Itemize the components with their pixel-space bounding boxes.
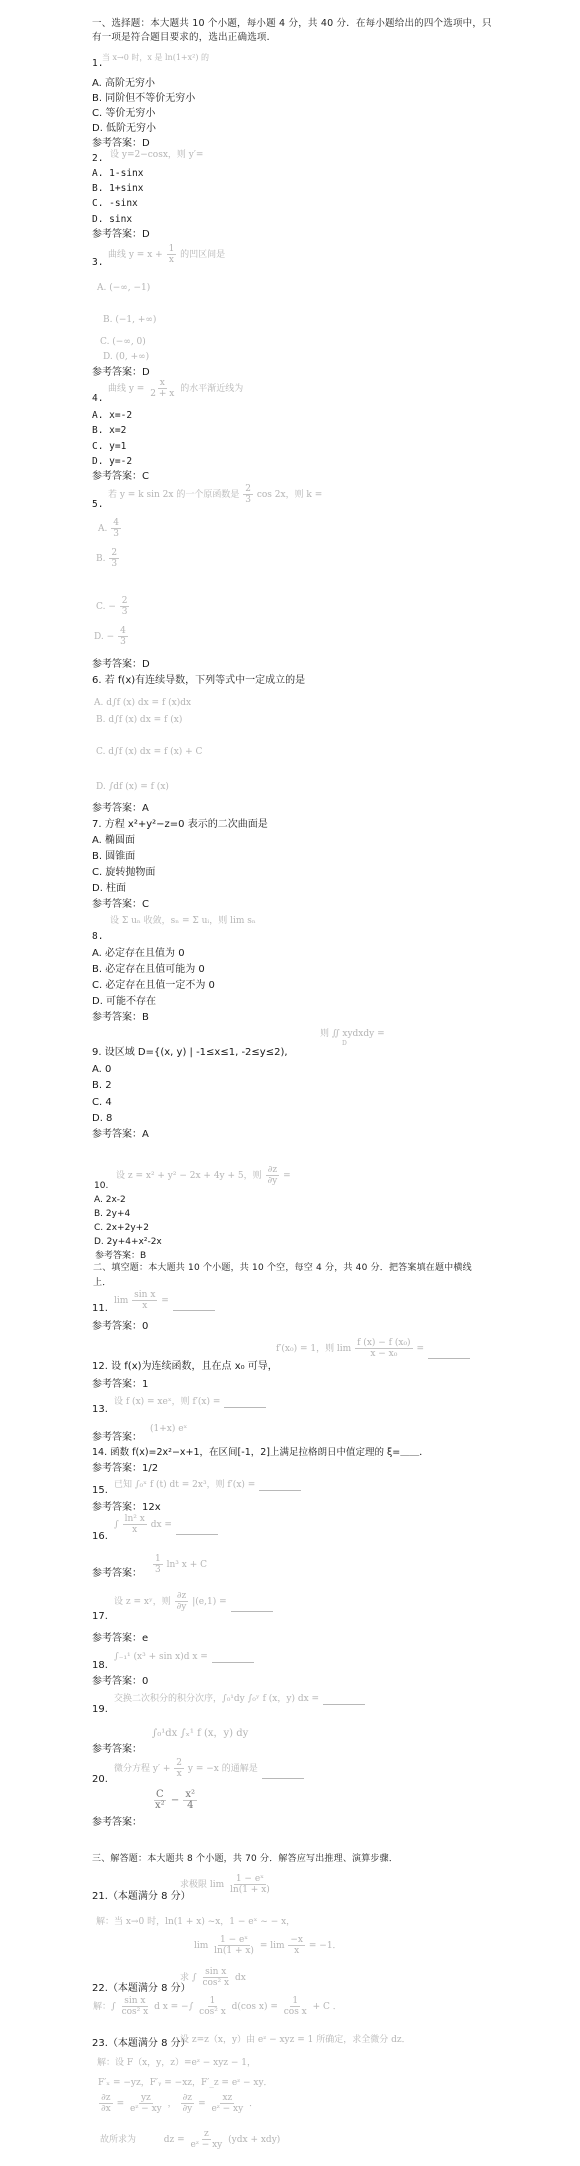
q4-stem-image: 曲线 y = x2 + x 的水平渐近线为 — [108, 378, 243, 399]
q4-option-d: D. y=-2 — [92, 455, 132, 468]
q3-fraction: 1x — [167, 244, 177, 265]
q7-option-c: C. 旋转抛物面 — [92, 866, 155, 879]
q12-answer: 参考答案：1 — [92, 1378, 148, 1391]
q9-stem: 9. 设区域 D={(x, y) | -1≤x≤1, -2≤y≤2), — [92, 1046, 288, 1059]
q1-option-b: B. 同阶但不等价无穷小 — [92, 92, 195, 105]
q5-option-b: B. 23 — [96, 548, 120, 569]
q15-stem-image: 已知 ∫₀ˣ f (t) dt = 2x³，则 f′(x) = — [114, 1479, 301, 1491]
q2-option-a: A. 1-sinx — [92, 167, 143, 180]
q7-option-d: D. 柱面 — [92, 882, 126, 895]
q10-option-d: D. 2y+4+x²-2x — [94, 1236, 162, 1249]
q20-stem-image: 微分方程 y′ + 2x y = −x 的通解是 — [114, 1758, 304, 1779]
q5-option-d: D. − 43 — [94, 626, 129, 647]
q23-solution-line3: ∂z∂x = yzeᶻ − xy ， ∂z∂y = xzeᶻ − xy ． — [98, 2093, 258, 2114]
section2-header-line1: 二、填空题：本大题共 10 个小题，共 10 个空，每空 4 分，共 40 分．… — [93, 1262, 472, 1275]
q5-option-c-fraction: 23 — [120, 596, 130, 617]
q20-answer-label: 参考答案： — [92, 1816, 142, 1829]
q21-stem-image: 求极限 lim 1 − eˣln(1 + x) — [180, 1874, 273, 1895]
q5-stem-post: cos 2x，则 k = — [257, 490, 322, 500]
q13-number: 13. — [92, 1403, 108, 1416]
q9-option-a: A. 0 — [92, 1063, 111, 1076]
q1-option-d: D. 低阶无穷小 — [92, 122, 156, 135]
q4-option-b: B. x=2 — [92, 424, 126, 437]
q13-stem-image: 设 f (x) = xeˣ，则 f′(x) = — [114, 1396, 266, 1408]
q5-option-d-fraction: 43 — [118, 626, 128, 647]
q3-option-d: D. (0, +∞) — [103, 351, 149, 363]
q11-answer: 参考答案：0 — [92, 1320, 148, 1333]
q19-number: 19. — [92, 1703, 108, 1716]
q4-answer: 参考答案：C — [92, 470, 149, 483]
q4-option-c: C. y=1 — [92, 440, 126, 453]
q16-answer-fraction: 13 — [153, 1554, 163, 1575]
q19-answer-label: 参考答案： — [92, 1743, 142, 1756]
q4-number: 4. — [92, 392, 103, 405]
q21-fraction: 1 − eˣln(1 + x) — [228, 1874, 272, 1895]
section3-header: 三、解答题：本大题共 8 个小题，共 70 分．解答应写出推理、演算步骤． — [92, 1853, 398, 1866]
q2-option-d: D. sinx — [92, 213, 132, 226]
q9-option-c: C. 4 — [92, 1096, 112, 1109]
q20-answer-fraction2: x²4 — [183, 1790, 197, 1811]
q15-answer-blank — [259, 1490, 301, 1491]
q5-option-c: C. − 23 — [96, 596, 130, 617]
section1-header-line2: 有一项是符合题目要求的，选出正确选项． — [92, 31, 276, 44]
q15-answer: 参考答案：12x — [92, 1501, 161, 1514]
q20-answer-image: Cx² − x²4 — [152, 1790, 198, 1811]
q17-number: 17. — [92, 1610, 108, 1623]
q20-number: 20. — [92, 1773, 108, 1786]
q16-answer-image: 13 ln³ x + C — [152, 1554, 207, 1575]
q1-option-a: A. 高阶无穷小 — [92, 77, 155, 90]
q14-stem: 14. 函数 f(x)=2x²−x+1，在区间[-1，2]上满足拉格朗日中值定理… — [92, 1446, 429, 1459]
q9-option-b: B. 2 — [92, 1079, 112, 1092]
q10-fraction: ∂z∂y — [266, 1165, 280, 1186]
q3-number: 3. — [92, 256, 103, 269]
q4-option-a: A. x=-2 — [92, 409, 132, 422]
q23-solution-line2: F′ₓ = −yz，F′ᵧ = −xz，F′_z = eᶻ − xy． — [98, 2077, 273, 2089]
q7-answer: 参考答案：C — [92, 898, 149, 911]
q2-number: 2. — [92, 152, 103, 165]
q2-answer: 参考答案：D — [92, 228, 150, 241]
q3-stem-pre: 曲线 y = x + — [108, 250, 163, 260]
q5-stem-pre: 若 y = k sin 2x 的一个原函数是 — [108, 490, 239, 500]
q23-title: 23.（本题满分 8 分） — [92, 2037, 191, 2050]
q6-stem: 6. 若 f(x)有连续导数，下列等式中一定成立的是 — [92, 674, 305, 687]
q13-answer-label: 参考答案： — [92, 1431, 142, 1444]
q4-stem-pre: 曲线 y = — [108, 384, 144, 394]
q18-answer: 参考答案：0 — [92, 1675, 148, 1688]
q7-option-b: B. 圆锥面 — [92, 850, 135, 863]
q16-number: 16. — [92, 1530, 108, 1543]
q5-number: 5. — [92, 498, 103, 511]
q1-option-c: C. 等价无穷小 — [92, 107, 155, 120]
q7-option-a: A. 椭圆面 — [92, 834, 135, 847]
q5-answer: 参考答案：D — [92, 658, 150, 671]
q12-fraction: f (x) − f (x₀)x − x₀ — [355, 1338, 412, 1359]
q5-option-b-fraction: 23 — [109, 548, 119, 569]
q8-option-c: C. 必定存在且值一定不为 0 — [92, 979, 215, 992]
q18-stem-image: ∫₋₁¹ (x³ + sin x)d x = — [114, 1651, 254, 1663]
q11-answer-blank — [173, 1310, 215, 1311]
q19-answer-image: ∫₀¹dx ∫ₓ¹ f (x，y) dy — [152, 1728, 248, 1740]
section2-header-line2: 上． — [93, 1277, 111, 1290]
q2-option-c: C. -sinx — [92, 197, 138, 210]
q8-option-b: B. 必定存在且值可能为 0 — [92, 963, 205, 976]
q19-stem-image: 交换二次积分的积分次序，∫₀¹dy ∫₀ʸ f (x，y) dx = — [114, 1693, 365, 1705]
q10-option-a: A. 2x-2 — [94, 1194, 126, 1207]
q6-option-b: B. d∫f (x) dx = f (x) — [96, 714, 182, 726]
q10-option-c: C. 2x+2y+2 — [94, 1222, 149, 1235]
q22-title: 22.（本题满分 8 分） — [92, 1982, 191, 1995]
q12-answer-blank — [428, 1358, 470, 1359]
exam-document: 一、选择题：本大题共 10 个小题，每小题 4 分，共 40 分．在每小题给出的… — [0, 0, 580, 2166]
q11-fraction: sin xx — [132, 1290, 157, 1311]
q9-stem-image: 则 ∬ xydxdy = D — [320, 1028, 385, 1047]
q20-answer-fraction1: Cx² — [153, 1790, 167, 1811]
q3-option-a: A. (−∞, −1) — [97, 282, 150, 294]
q23-stem-image: 设 z=z（x，y）由 eᶻ − xyz = 1 所确定，求全微分 dz． — [180, 2034, 411, 2046]
q4-stem-post: 的水平渐近线为 — [180, 384, 243, 394]
q21-solution-line2: lim 1 − eˣln(1 + x) = lim −xx = −1． — [194, 1935, 342, 1956]
q14-answer: 参考答案：1/2 — [92, 1462, 158, 1475]
q7-stem: 7. 方程 x²+y²−z=0 表示的二次曲面是 — [92, 818, 268, 831]
q19-answer-blank — [323, 1704, 365, 1705]
q16-stem-image: ∫ ln² xx dx = — [114, 1514, 218, 1535]
q6-option-a: A. d∫f (x) dx = f (x)dx — [94, 697, 191, 709]
q17-answer-blank — [231, 1611, 273, 1612]
q12-stem: 12. 设 f(x)为连续函数，且在点 x₀ 可导， — [92, 1360, 278, 1373]
q5-option-a: A. 43 — [98, 518, 122, 539]
q23-solution-line4: 故所求为 dz = zeᶻ − xy (ydx + xdy) — [100, 2129, 280, 2150]
q21-title: 21.（本题满分 8 分） — [92, 1890, 191, 1903]
q8-answer: 参考答案：B — [92, 1011, 149, 1024]
q3-stem-post: 的凹区间是 — [180, 250, 225, 260]
q22-solution: 解：∫ sin xcos² x d x = −∫ 1cos² x d(cos x… — [93, 1996, 342, 2017]
q5-fraction: 23 — [243, 484, 253, 505]
q13-answer-blank — [224, 1407, 266, 1408]
q16-fraction: ln² xx — [123, 1514, 147, 1535]
section1-header-line1: 一、选择题：本大题共 10 个小题，每小题 4 分，共 40 分．在每小题给出的… — [92, 17, 492, 30]
q15-number: 15. — [92, 1484, 108, 1497]
q10-stem-image: 设 z = x² + y² − 2x + 4y + 5，则 ∂z∂y = — [116, 1165, 291, 1186]
q22-fraction: sin xcos² x — [200, 1967, 231, 1988]
q3-option-c: C. (−∞, 0) — [100, 336, 146, 348]
q9-answer: 参考答案：A — [92, 1128, 149, 1141]
q4-fraction: x2 + x — [148, 378, 176, 399]
q5-stem-image: 若 y = k sin 2x 的一个原函数是 23 cos 2x，则 k = — [108, 484, 322, 505]
q12-stem-image: f′(x₀) = 1，则 lim f (x) − f (x₀)x − x₀ = — [276, 1338, 470, 1359]
q18-number: 18. — [92, 1659, 108, 1672]
q11-stem-image: lim sin xx = — [114, 1290, 215, 1311]
q18-answer-blank — [212, 1662, 254, 1663]
q8-number: 8. — [92, 930, 103, 943]
q10-option-b: B. 2y+4 — [94, 1208, 130, 1221]
q9-option-d: D. 8 — [92, 1112, 112, 1125]
q3-option-b: B. (−1, +∞) — [103, 314, 156, 326]
q16-answer-blank — [176, 1534, 218, 1535]
q6-option-c: C. d∫f (x) dx = f (x) + C — [96, 746, 202, 758]
q17-fraction: ∂z∂y — [175, 1591, 189, 1612]
q17-answer: 参考答案：e — [92, 1632, 148, 1645]
q5-option-a-fraction: 43 — [111, 518, 121, 539]
q16-answer-label: 参考答案： — [92, 1567, 142, 1580]
q17-stem-image: 设 z = xʸ，则 ∂z∂y |(e,1) = — [114, 1591, 273, 1612]
q13-answer-image: (1+x) eˣ — [150, 1423, 187, 1435]
q2-stem-image: 设 y=2−cosx，则 y′= — [110, 149, 203, 161]
q6-answer: 参考答案：A — [92, 802, 149, 815]
q11-number: 11. — [92, 1302, 108, 1315]
q8-option-d: D. 可能不存在 — [92, 995, 156, 1008]
q6-option-d: D. ∫df (x) = f (x) — [96, 781, 169, 793]
q8-stem-image: 设 Σ uₙ 收敛，sₙ = Σ uᵢ，则 lim sₙ — [110, 915, 256, 927]
q8-option-a: A. 必定存在且值为 0 — [92, 947, 185, 960]
q20-fraction: 2x — [174, 1758, 184, 1779]
q21-solution-line1: 解：当 x→0 时，ln(1 + x) ~x，1 − eˣ ~ − x， — [96, 1916, 295, 1928]
q20-answer-blank — [262, 1778, 304, 1779]
q3-stem-image: 曲线 y = x + 1x 的凹区间是 — [108, 244, 225, 265]
q2-option-b: B. 1+sinx — [92, 182, 143, 195]
q1-stem-image: 当 x→0 时，x 是 ln(1+x²) 的 — [102, 52, 209, 64]
q23-solution-line1: 解：设 F（x，y，z）=eᶻ − xyz − 1， — [97, 2057, 256, 2069]
q10-number: 10. — [94, 1180, 108, 1193]
